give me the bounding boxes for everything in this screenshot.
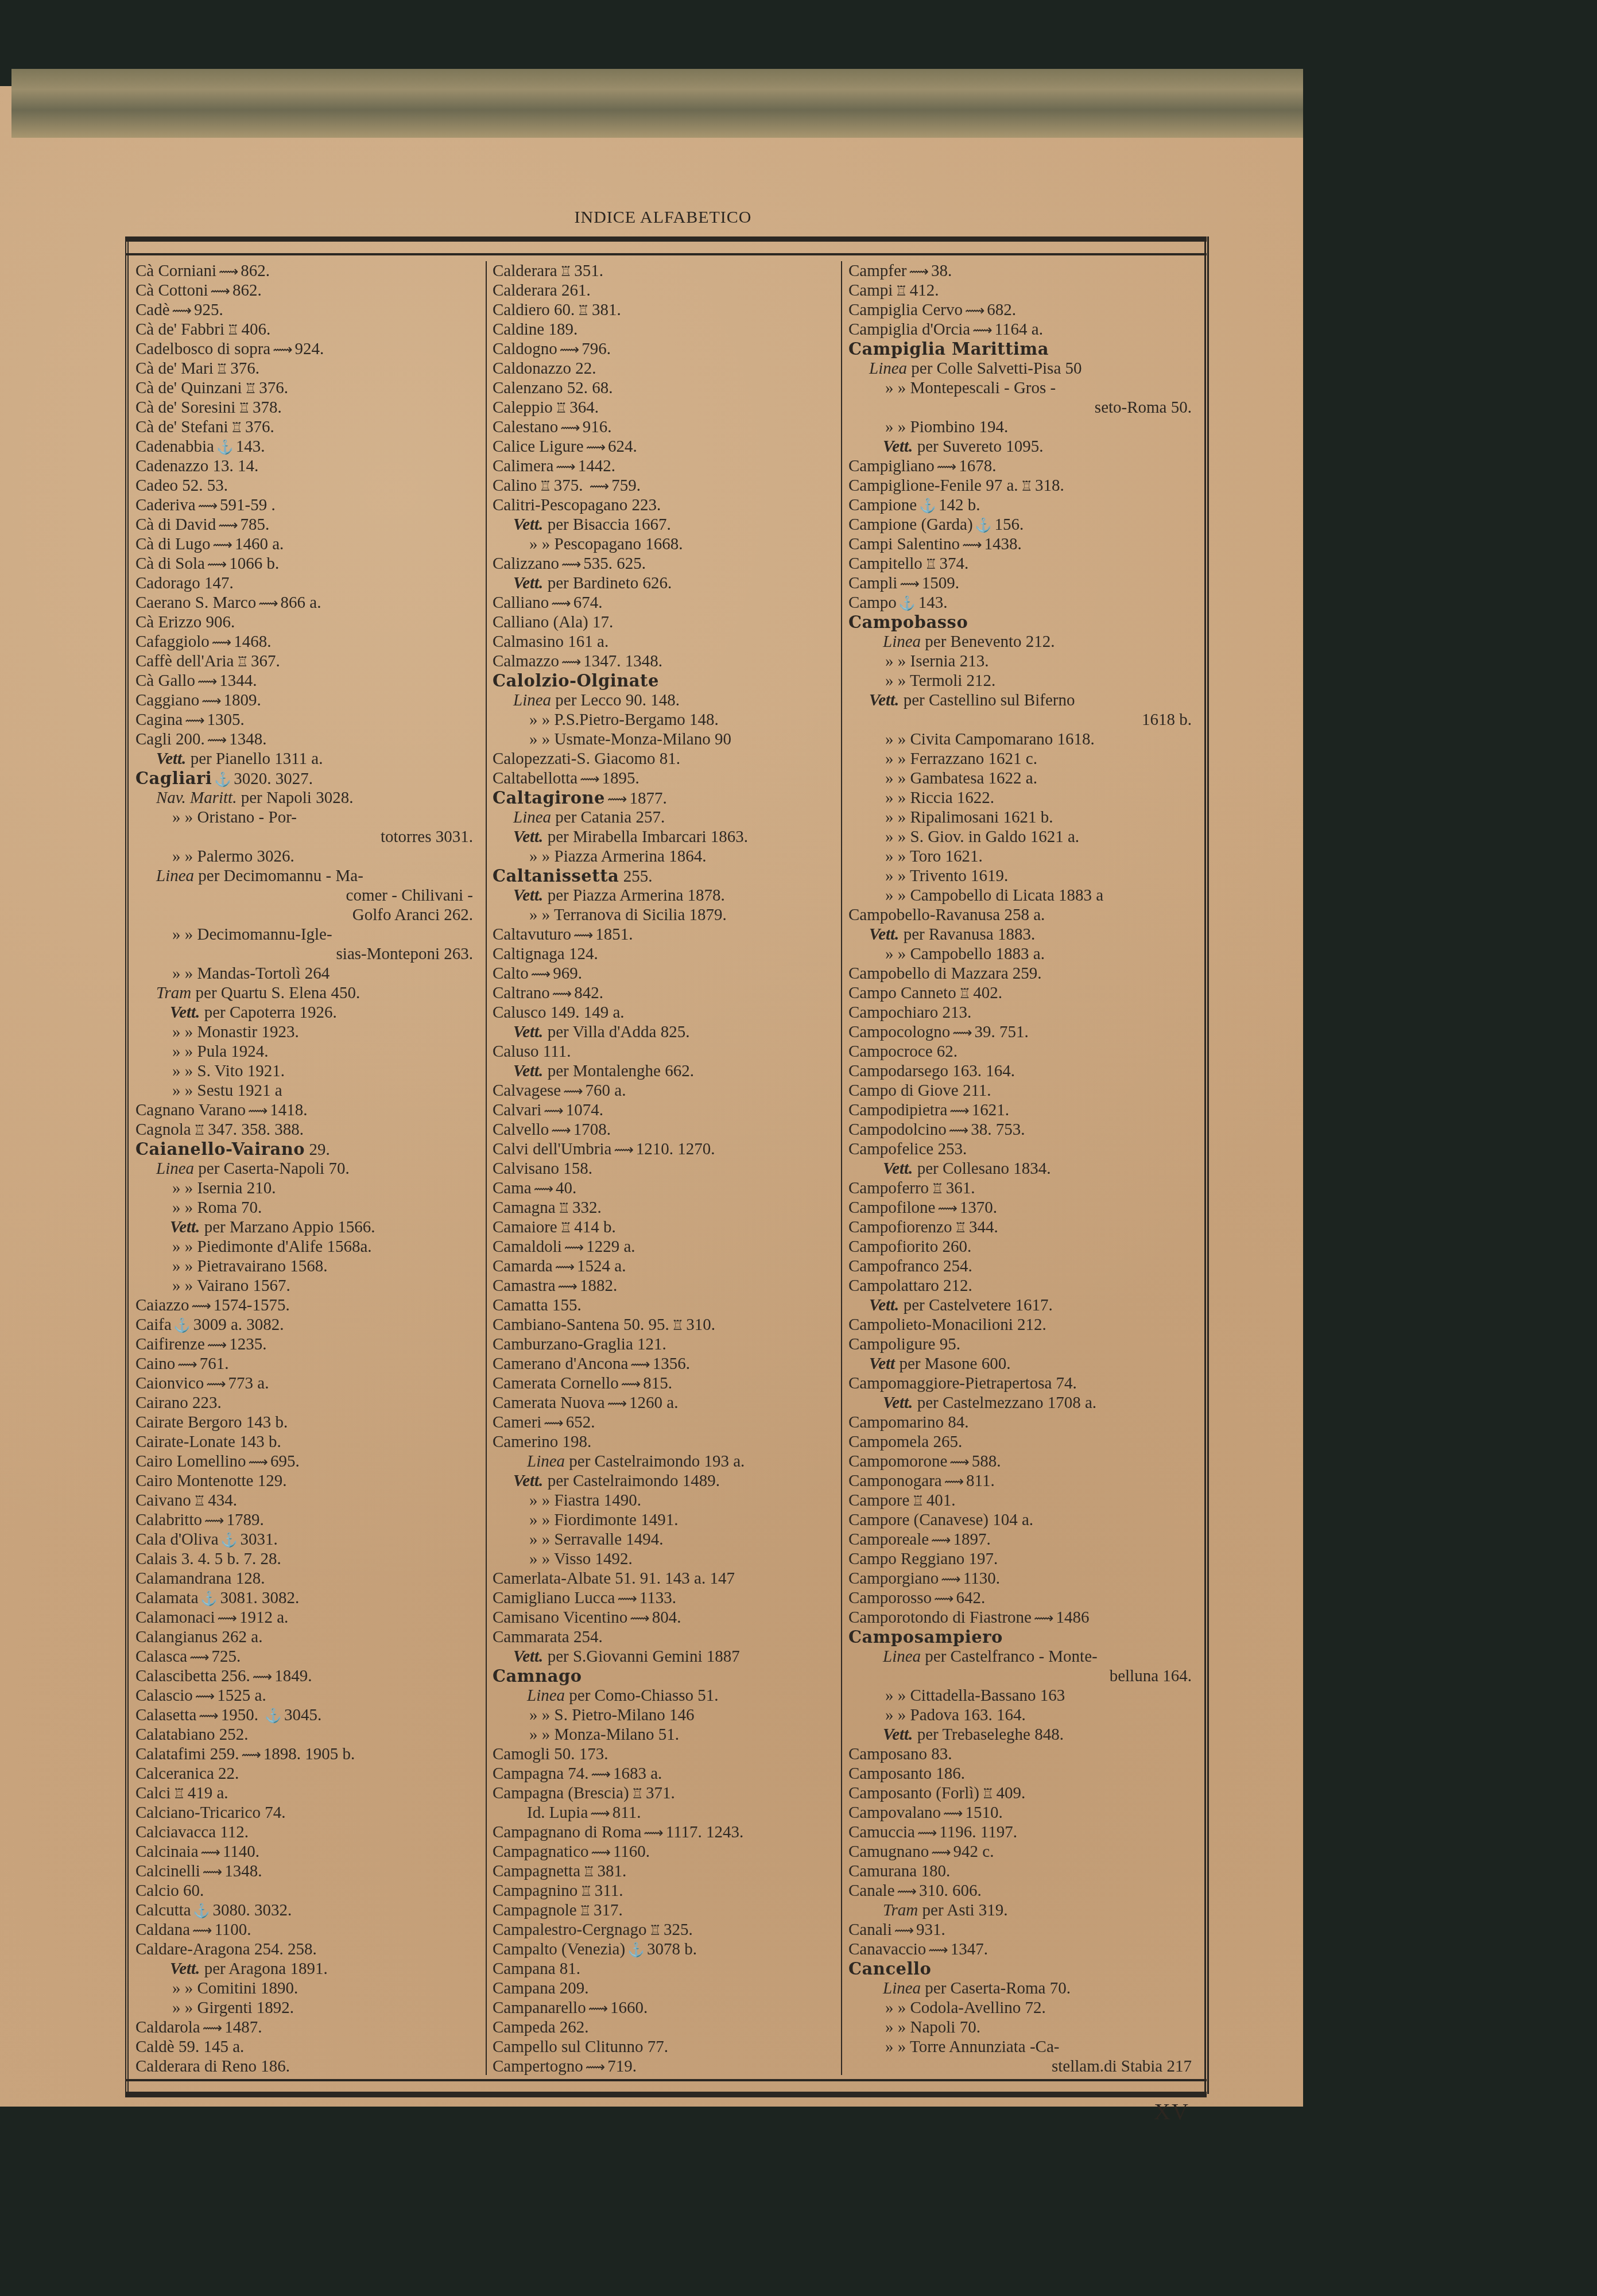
index-subentry: » » S. Vito 1921. <box>135 1061 480 1081</box>
index-entry: Calcinaia⟿1140. <box>135 1842 480 1861</box>
page-reference: 1370. <box>960 1199 997 1217</box>
index-entry: Camporeale⟿1897. <box>848 1530 1199 1549</box>
entry-text: Canale <box>848 1882 895 1900</box>
page-reference: 1348. <box>224 1862 262 1880</box>
index-entry: Caiazzo⟿1574-1575. <box>135 1296 480 1315</box>
index-entry: Calino♖375. ⟿759. <box>493 476 837 495</box>
entry-text: Campocroce 62. <box>848 1042 958 1061</box>
index-entry: Campo di Giove 211. <box>848 1081 1199 1100</box>
entry-text: Camposanto 186. <box>848 1764 965 1783</box>
page-reference: 38. 753. <box>971 1120 1025 1139</box>
index-entry-major: Campobasso <box>848 612 1199 632</box>
bell-icon: ♖ <box>912 1492 924 1511</box>
carriage-icon: ⟿ <box>949 1102 969 1121</box>
entry-text: Cà di Sola <box>135 554 205 573</box>
index-subentry: » » Piazza Armerina 1864. <box>493 847 837 866</box>
index-entry: Caderiva⟿591-59 . <box>135 495 480 515</box>
page-reference: 40. <box>556 1179 576 1197</box>
index-entry: Campofiorito 260. <box>848 1237 1199 1256</box>
index-entry: Campagnano di Roma⟿1117. 1243. <box>493 1822 837 1842</box>
entry-text: per Bardineto 626. <box>548 574 672 592</box>
page-reference: 1898. 1905 b. <box>263 1745 355 1763</box>
page-reference: 1235. <box>229 1335 266 1353</box>
index-subentry: » » Comitini 1890. <box>135 1979 480 1998</box>
index-entry: Campfer⟿38. <box>848 261 1199 281</box>
entry-text: Calvagese <box>493 1081 561 1100</box>
entry-text: per Benevento 212. <box>925 633 1055 651</box>
entry-text: Camatta 155. <box>493 1296 582 1314</box>
entry-text: per Marzano Appio 1566. <box>204 1218 375 1236</box>
entry-text: per Napoli 3028. <box>241 789 354 807</box>
page-reference: 1621. <box>972 1101 1009 1119</box>
column-divider <box>486 261 487 2075</box>
page-reference: 1895. <box>602 769 639 788</box>
frame-bottom-rule <box>125 2079 1207 2097</box>
entry-text: Cafaggiolo <box>135 633 210 651</box>
page-reference: 1140. <box>223 1843 259 1861</box>
index-entry: Campalestro-Cergnago♖325. <box>493 1920 837 1940</box>
carriage-icon: ⟿ <box>621 1375 641 1394</box>
entry-text: Campofilone <box>848 1199 935 1217</box>
index-subentry: Tram per Asti 319. <box>848 1901 1199 1920</box>
entry-text: Calatafimi 259. <box>135 1745 239 1763</box>
page-reference: 682. <box>987 301 1016 319</box>
entry-text: » » Decimomannu-Igle- <box>172 925 332 944</box>
carriage-icon: ⟿ <box>189 1648 209 1667</box>
entry-text: sias-Monteponi 263. <box>336 945 473 963</box>
transport-kind-label: Linea <box>527 1452 569 1471</box>
index-subentry: comer - Chilivani - <box>135 886 480 905</box>
index-entry: Calangianus 262 a. <box>135 1627 480 1647</box>
entry-text: Campochiaro 213. <box>848 1003 971 1022</box>
entry-text: Calangianus 262 a. <box>135 1628 262 1646</box>
entry-text: Caionvico <box>135 1374 204 1393</box>
page-reference: 1851. <box>595 925 633 944</box>
bell-icon: ♖ <box>954 1219 967 1238</box>
entry-text: Cadè <box>135 301 170 319</box>
entry-text: per Quartu S. Elena 450. <box>196 984 361 1002</box>
index-subentry: » » Girgenti 1892. <box>135 1998 480 2018</box>
index-entry: Calimera⟿1442. <box>493 456 837 476</box>
index-entry: Campoferro♖361. <box>848 1178 1199 1198</box>
entry-text: Campore (Canavese) 104 a. <box>848 1511 1033 1529</box>
page-reference: 1438. <box>984 535 1022 553</box>
entry-text: Camerino 198. <box>493 1433 591 1451</box>
index-entry: Camisano Vicentino⟿804. <box>493 1608 837 1627</box>
index-entry: Calcio 60. <box>135 1881 480 1901</box>
carriage-icon: ⟿ <box>218 1609 237 1628</box>
entry-text: Caldine 189. <box>493 320 577 339</box>
bell-icon: ♖ <box>631 1785 644 1804</box>
entry-text: Calopezzati-S. Giacomo 81. <box>493 750 680 768</box>
entry-text: per Mirabella Imbarcari 1863. <box>548 828 748 846</box>
index-entry: Calderara di Reno 186. <box>135 2057 480 2076</box>
index-subentry: » » Termoli 212. <box>848 671 1199 691</box>
index-subentry: » » Piedimonte d'Alife 1568a. <box>135 1237 480 1256</box>
index-entry: Campiglia d'Orcia⟿1164 a. <box>848 320 1199 339</box>
page-reference: 1524 a. <box>577 1257 626 1275</box>
entry-text: Campofranco 254. <box>848 1257 972 1275</box>
entry-text: Campomela 265. <box>848 1433 962 1451</box>
index-entry: Campo⚓143. <box>848 593 1199 612</box>
carriage-icon: ⟿ <box>199 1707 218 1726</box>
index-entry: Calamandrana 128. <box>135 1569 480 1588</box>
index-column-3: Campfer⟿38.Campi♖412.Campiglia Cervo⟿682… <box>848 261 1199 2076</box>
bell-icon: ♖ <box>560 1219 572 1238</box>
carriage-icon: ⟿ <box>607 790 627 809</box>
index-subentry: » » Vairano 1567. <box>135 1276 480 1296</box>
page-reference: 1133. <box>639 1589 676 1607</box>
index-subentry: » » Isernia 210. <box>135 1178 480 1198</box>
page-reference: 1708. <box>573 1120 611 1139</box>
entry-text: Cairano 223. <box>135 1394 222 1412</box>
entry-text: Cà de' Mari <box>135 359 214 378</box>
bell-icon: ♖ <box>583 1863 595 1882</box>
entry-text: Camporotondo di Fiastrone <box>848 1608 1032 1627</box>
entry-text: per Caserta-Napoli 70. <box>198 1159 349 1178</box>
entry-text: Camburzano-Graglia 121. <box>493 1335 666 1353</box>
entry-text: » » Toro 1621. <box>885 847 983 866</box>
entry-text: totorres 3031. <box>381 828 473 846</box>
index-subentry: » » Torre Annunziata -Ca- <box>848 2037 1199 2057</box>
entry-text: per Trebaseleghe 848. <box>917 1725 1064 1744</box>
carriage-icon: ⟿ <box>580 770 599 789</box>
entry-text: Camporeale <box>848 1530 929 1549</box>
carriage-icon: ⟿ <box>607 1394 627 1414</box>
index-entry: Campagnole♖317. <box>493 1901 837 1920</box>
entry-text: Campi Salentino <box>848 535 960 553</box>
index-entry: Calmazzo⟿1347. 1348. <box>493 651 837 671</box>
page-reference: 624. <box>608 437 637 456</box>
entry-text: Camaldoli <box>493 1238 562 1256</box>
page-reference: 695. <box>270 1452 300 1471</box>
entry-text: per Caserta-Roma 70. <box>925 1979 1071 1998</box>
entry-text: per Castelraimondo 1489. <box>548 1472 720 1490</box>
index-subentry: 1618 b. <box>848 710 1199 730</box>
entry-text: Caggiano <box>135 691 199 709</box>
index-entry: Caivano♖434. <box>135 1491 480 1510</box>
page-reference: 3009 a. 3082. <box>193 1316 284 1334</box>
entry-text: Cadeo 52. 53. <box>135 476 228 495</box>
ship-icon: ⚓ <box>214 770 231 790</box>
page-reference: 374. <box>939 554 968 573</box>
page-reference: 376. <box>230 359 259 378</box>
page-reference: 862. <box>241 262 270 280</box>
entry-text: Cà Cottoni <box>135 281 208 300</box>
bell-icon: ♖ <box>193 1492 206 1511</box>
entry-text: Caifa <box>135 1316 172 1334</box>
index-subentry: » » Campobello 1883 a. <box>848 944 1199 964</box>
index-entry-major: Campiglia Marittima <box>848 339 1199 359</box>
entry-text: » » S. Vito 1921. <box>172 1062 285 1080</box>
entry-text: Cà di David <box>135 515 216 534</box>
entry-text: » » Piedimonte d'Alife 1568a. <box>172 1238 372 1256</box>
index-subentry: Vett. per Ravanusa 1883. <box>848 925 1199 944</box>
carriage-icon: ⟿ <box>191 1297 211 1316</box>
entry-text: Calitri-Pescopagano 223. <box>493 496 661 514</box>
index-entry: Cadenabbia⚓143. <box>135 437 480 456</box>
index-subentry: Linea per Colle Salvetti-Pisa 50 <box>848 359 1199 378</box>
entry-text: » » Piazza Armerina 1864. <box>529 847 706 866</box>
carriage-icon: ⟿ <box>207 1336 227 1355</box>
carriage-icon: ⟿ <box>586 2058 605 2077</box>
index-entry: Caggiano⟿1809. <box>135 691 480 710</box>
page-reference: 381. <box>598 1862 627 1880</box>
entry-text: Caltrano <box>493 984 550 1002</box>
index-entry: Calitri-Pescopagano 223. <box>493 495 837 515</box>
entry-text: Campomaggiore-Pietrapertosa 74. <box>848 1374 1077 1393</box>
index-entry: Calvi dell'Umbria⟿1210. 1270. <box>493 1139 837 1159</box>
index-entry: Cà Erizzo 906. <box>135 612 480 632</box>
entry-text: Cala d'Oliva <box>135 1530 219 1549</box>
index-entry: Cà de' Stefani♖376. <box>135 417 480 437</box>
index-entry: Campagna (Brescia)♖371. <box>493 1783 837 1803</box>
entry-text: per Capoterra 1926. <box>204 1003 337 1022</box>
page-reference: 1347. 1348. <box>583 652 662 670</box>
ship-icon: ⚓ <box>174 1316 191 1336</box>
entry-text: Camposanto (Forlì) <box>848 1784 979 1802</box>
page-reference: 1486 <box>1056 1608 1089 1627</box>
page-reference: 916. <box>583 418 612 436</box>
entry-text: Calto <box>493 964 529 983</box>
index-subentry: belluna 164. <box>848 1666 1199 1686</box>
index-entry: Camagna♖332. <box>493 1198 837 1217</box>
entry-text: Calasetta <box>135 1706 196 1724</box>
index-entry: Cagina⟿1305. <box>135 710 480 730</box>
page-reference: 866 a. <box>281 594 321 612</box>
index-entry: Campi♖412. <box>848 281 1199 300</box>
entry-text: Caluso 111. <box>493 1042 571 1061</box>
index-entry: Campana 209. <box>493 1979 837 1998</box>
entry-text: Caerano S. Marco <box>135 594 256 612</box>
index-entry: Campodarsego 163. 164. <box>848 1061 1199 1081</box>
index-entry-major: Calolzio-Olginate <box>493 671 837 691</box>
entry-text: per Montalenghe 662. <box>548 1062 694 1080</box>
entry-text: Camagna <box>493 1199 556 1217</box>
index-subentry: » » P.S.Pietro-Bergamo 148. <box>493 710 837 730</box>
index-entry: Caluso 111. <box>493 1042 837 1061</box>
index-entry: Cairo Montenotte 129. <box>135 1471 480 1491</box>
index-entry: Calenzano 52. 68. <box>493 378 837 398</box>
entry-text: Calizzano <box>493 554 559 573</box>
bell-icon: ♖ <box>227 321 239 340</box>
page-reference: 773 a. <box>228 1374 269 1393</box>
index-subentry: Vett. per Villa d'Adda 825. <box>493 1022 837 1042</box>
page-reference: 588. <box>972 1452 1001 1471</box>
entry-text: Cà Gallo <box>135 672 195 690</box>
index-entry: Campolieto-Monacilioni 212. <box>848 1315 1199 1335</box>
page-reference: 811. <box>966 1472 995 1490</box>
entry-text: per Castelmezzano 1708 a. <box>917 1394 1096 1412</box>
entry-text: Campagnole <box>493 1901 577 1919</box>
carriage-icon: ⟿ <box>573 926 593 945</box>
entry-text: Cairo Lomellino <box>135 1452 246 1471</box>
index-entry: Calliano⟿674. <box>493 593 837 612</box>
entry-text: Campagnatico <box>493 1843 589 1861</box>
index-entry: Caldarola⟿1487. <box>135 2018 480 2037</box>
carriage-icon: ⟿ <box>931 1531 951 1550</box>
carriage-icon: ⟿ <box>590 477 609 497</box>
page-reference: 381. <box>592 301 621 319</box>
ship-icon: ⚓ <box>265 1707 282 1726</box>
carriage-icon: ⟿ <box>972 321 992 340</box>
entry-text: Cama <box>493 1179 532 1197</box>
transport-kind-label: Linea <box>883 633 925 651</box>
carriage-icon: ⟿ <box>917 1824 937 1843</box>
entry-text: per Castellino sul Biferno <box>904 691 1075 709</box>
entry-text: per Decimomannu - Ma- <box>198 867 363 885</box>
page-reference: 1164 a. <box>995 320 1043 339</box>
page-reference: 815. <box>643 1374 672 1393</box>
index-entry: Caldiero 60.♖381. <box>493 300 837 320</box>
page-reference: 325. <box>664 1921 693 1939</box>
entry-text: Campoferro <box>848 1179 929 1197</box>
entry-text: Cagina <box>135 711 183 729</box>
transport-kind-label: Vett. <box>170 1960 204 1978</box>
entry-text: Campagna 74. <box>493 1764 589 1783</box>
entry-text: Cagli 200. <box>135 730 205 748</box>
index-subentry: » » Napoli 70. <box>848 2018 1199 2037</box>
entry-text: » » Ripalimosani 1621 b. <box>885 808 1053 827</box>
page-reference: 1100. <box>214 1921 251 1939</box>
carriage-icon: ⟿ <box>212 633 231 653</box>
carriage-icon: ⟿ <box>943 1804 963 1824</box>
index-entry: Cadorago 147. <box>135 573 480 593</box>
entry-text: Cadorago 147. <box>135 574 234 592</box>
index-entry: Calderara 261. <box>493 281 837 300</box>
transport-kind-label: Vett. <box>170 1003 204 1022</box>
index-column-1: Cà Corniani⟿862.Cà Cottoni⟿862.Cadè⟿925.… <box>135 261 480 2076</box>
carriage-icon: ⟿ <box>213 536 232 555</box>
entry-text: » » Fiastra 1490. <box>529 1491 641 1510</box>
entry-text: » » Fiordimonte 1491. <box>529 1511 678 1529</box>
page-reference: 318. <box>1035 476 1064 495</box>
entry-text: » » Campobello di Licata 1883 a <box>885 886 1103 905</box>
index-entry: Caldonazzo 22. <box>493 359 837 378</box>
entry-text: Caleppio <box>493 398 553 417</box>
bell-icon: ♖ <box>539 477 552 497</box>
carriage-icon: ⟿ <box>207 555 227 575</box>
index-subentry: Id. Lupia⟿811. <box>493 1803 837 1822</box>
index-subentry: Vett. per Trebaseleghe 848. <box>848 1725 1199 1744</box>
page-reference: 434. <box>208 1491 237 1510</box>
index-entry: Cadelbosco di sopra⟿924. <box>135 339 480 359</box>
index-column-2: Calderara♖351.Calderara 261.Caldiero 60.… <box>493 261 837 2076</box>
entry-text: Calciavacca 112. <box>135 1823 249 1841</box>
index-subentry: Vett. per Collesano 1834. <box>848 1159 1199 1178</box>
carriage-icon: ⟿ <box>249 1453 268 1472</box>
index-subentry: Vett. per Mirabella Imbarcari 1863. <box>493 827 837 847</box>
entry-text: Calderara <box>493 262 557 280</box>
index-entry: Calestano⟿916. <box>493 417 837 437</box>
carriage-icon: ⟿ <box>962 536 982 555</box>
entry-text: Calestano <box>493 418 558 436</box>
page-reference: 332. <box>572 1199 602 1217</box>
entry-text: Camugnano <box>848 1843 929 1861</box>
entry-text: per Piazza Armerina 1878. <box>548 886 725 905</box>
entry-text: Calabritto <box>135 1511 202 1529</box>
entry-text: Cagnano Varano <box>135 1101 246 1119</box>
index-entry: Calmasino 161 a. <box>493 632 837 651</box>
index-entry: Cà di Lugo⟿1460 a. <box>135 534 480 554</box>
transport-kind-label: Vett. <box>869 691 904 709</box>
entry-text: Campo Canneto <box>848 984 956 1002</box>
ship-icon: ⚓ <box>919 497 936 516</box>
index-entry: Calliano (Ala) 17. <box>493 612 837 632</box>
index-entry: Camposanto (Forlì)♖409. <box>848 1783 1199 1803</box>
page-reference: 1460 a. <box>235 535 284 553</box>
page-reference: 1882. <box>580 1277 617 1295</box>
transport-kind-label: Linea <box>156 1159 198 1178</box>
page-reference: 406. <box>242 320 271 339</box>
page-reference: 591-59 . <box>220 496 276 514</box>
page-reference: 760 a. <box>586 1081 626 1100</box>
entry-text: Calamata <box>135 1589 199 1607</box>
carriage-icon: ⟿ <box>617 1589 637 1609</box>
index-subentry: » » Monastir 1923. <box>135 1022 480 1042</box>
entry-text: Cambiano-Santena 50. 95. <box>493 1316 669 1334</box>
carriage-icon: ⟿ <box>531 965 551 984</box>
entry-text: Campobasso <box>848 612 968 632</box>
entry-text: Caffè dell'Aria <box>135 652 234 670</box>
carriage-icon: ⟿ <box>253 1667 272 1687</box>
entry-text: Campomorone <box>848 1452 947 1471</box>
carriage-icon: ⟿ <box>588 1999 608 2019</box>
entry-text: » » Comitini 1890. <box>172 1979 298 1998</box>
index-entry-major: Camposampiero <box>848 1627 1199 1647</box>
transport-kind-label: Vett. <box>513 828 548 846</box>
index-subentry: Linea per Benevento 212. <box>848 632 1199 651</box>
index-subentry: Vett. per Suvereto 1095. <box>848 437 1199 456</box>
entry-text: Caiazzo <box>135 1296 189 1314</box>
entry-text: Calino <box>493 476 537 495</box>
page-reference: 310. <box>686 1316 715 1334</box>
entry-text: Cameri <box>493 1413 541 1432</box>
index-subentry: » » S. Giov. in Galdo 1621 a. <box>848 827 1199 847</box>
index-subentry: » » Roma 70. <box>135 1198 480 1217</box>
index-entry: Campagnetta♖381. <box>493 1861 837 1881</box>
carriage-icon: ⟿ <box>909 262 928 282</box>
transport-kind-label: Vett. <box>156 750 191 768</box>
index-subentry: Nav. Maritt. per Napoli 3028. <box>135 788 480 808</box>
page-stack-edge <box>11 69 1303 138</box>
entry-text: Cadenabbia <box>135 437 214 456</box>
index-subentry: » » Usmate-Monza-Milano 90 <box>493 730 837 749</box>
index-entry: Calasetta⟿1950. ⚓3045. <box>135 1705 480 1725</box>
entry-text: Campertogno <box>493 2057 583 2076</box>
entry-text: Campagnino <box>493 1882 577 1900</box>
index-subentry: » » Codola-Avellino 72. <box>848 1998 1199 2018</box>
index-subentry: » » Visso 1492. <box>493 1549 837 1569</box>
index-entry: Calusco 149. 149 a. <box>493 1003 837 1022</box>
transport-kind-label: Vett. <box>513 1023 548 1041</box>
index-subentry: » » Oristano - Por- <box>135 808 480 827</box>
index-subentry: » » Toro 1621. <box>848 847 1199 866</box>
index-entry: Caffè dell'Aria♖367. <box>135 651 480 671</box>
transport-kind-label: Vett. <box>869 1296 904 1314</box>
carriage-icon: ⟿ <box>558 1277 577 1297</box>
page-reference: 1678. <box>959 457 996 475</box>
ship-icon: ⚓ <box>201 1589 218 1609</box>
index-entry: Campagnatico⟿1160. <box>493 1842 837 1861</box>
entry-text: Camporgiano <box>848 1569 939 1588</box>
page-reference: 1344. <box>219 672 257 690</box>
entry-text: Calamonaci <box>135 1608 215 1627</box>
carriage-icon: ⟿ <box>561 555 581 575</box>
entry-text: Campeda 262. <box>493 2018 589 2037</box>
index-entry: Campofranco 254. <box>848 1256 1199 1276</box>
column-divider <box>841 261 842 2075</box>
